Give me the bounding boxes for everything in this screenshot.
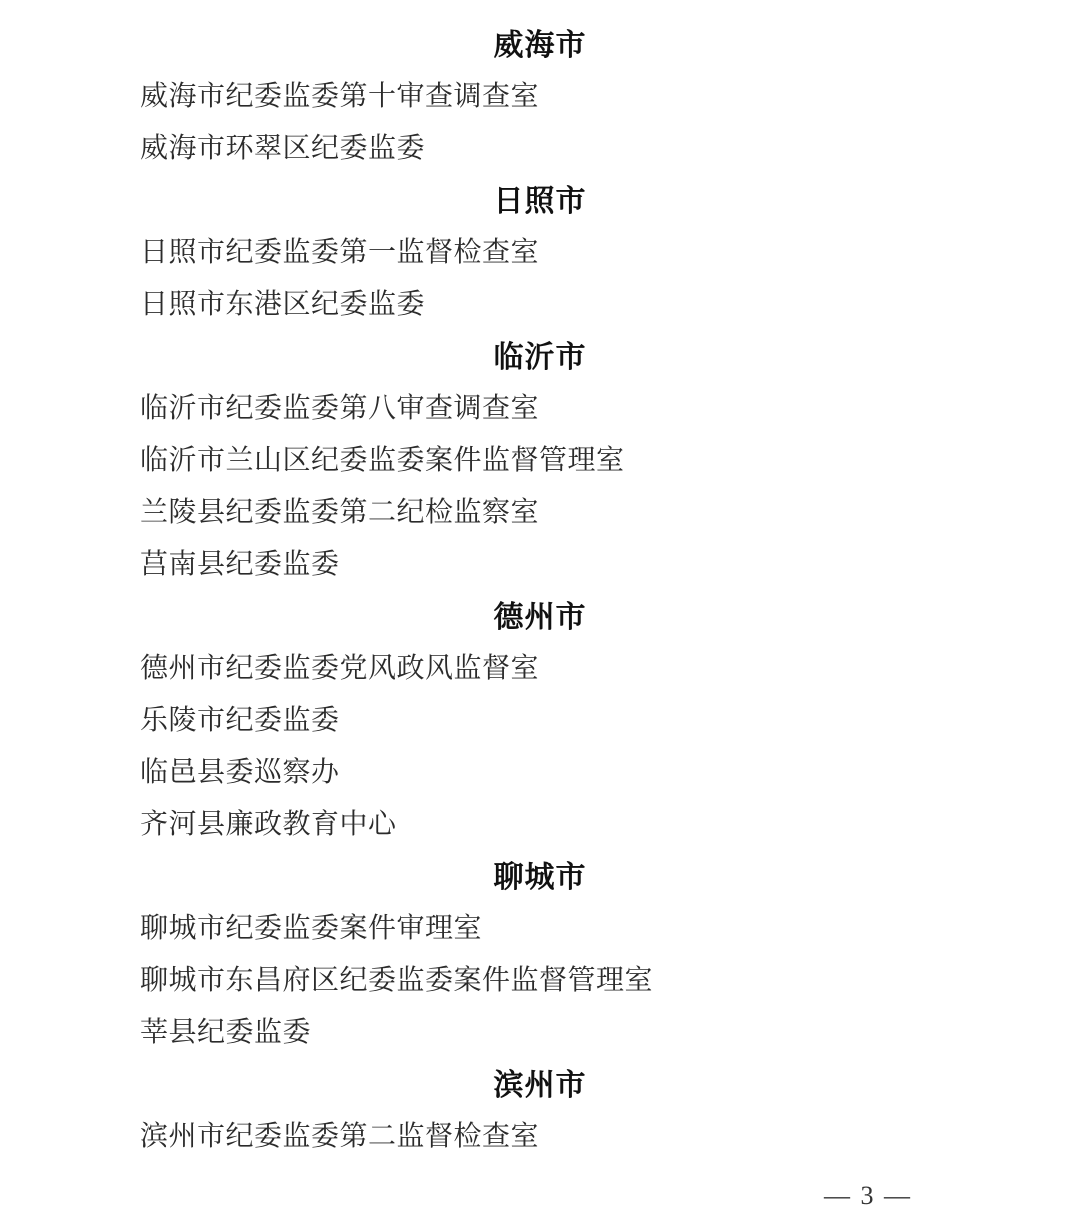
document-body: 威海市 威海市纪委监委第十审查调查室 威海市环翠区纪委监委 日照市 日照市纪委监… [0, 0, 1080, 1160]
org-list-item: 德州市纪委监委党风政风监督室 [0, 640, 1080, 692]
city-header: 滨州市 [0, 1056, 1080, 1108]
city-header: 德州市 [0, 588, 1080, 640]
org-list-item: 聊城市东昌府区纪委监委案件监督管理室 [0, 952, 1080, 1004]
document-page: 威海市 威海市纪委监委第十审查调查室 威海市环翠区纪委监委 日照市 日照市纪委监… [0, 0, 1080, 1227]
org-list-item: 威海市环翠区纪委监委 [0, 120, 1080, 172]
org-list-item: 威海市纪委监委第十审查调查室 [0, 68, 1080, 120]
org-list-item: 日照市东港区纪委监委 [0, 276, 1080, 328]
org-list-item: 乐陵市纪委监委 [0, 692, 1080, 744]
org-list-item: 临沂市兰山区纪委监委案件监督管理室 [0, 432, 1080, 484]
org-list-item: 兰陵县纪委监委第二纪检监察室 [0, 484, 1080, 536]
city-header: 威海市 [0, 16, 1080, 68]
org-list-item: 滨州市纪委监委第二监督检查室 [0, 1108, 1080, 1160]
org-list-item: 莒南县纪委监委 [0, 536, 1080, 588]
org-list-item: 临沂市纪委监委第八审查调查室 [0, 380, 1080, 432]
city-header: 临沂市 [0, 328, 1080, 380]
org-list-item: 聊城市纪委监委案件审理室 [0, 900, 1080, 952]
org-list-item: 日照市纪委监委第一监督检查室 [0, 224, 1080, 276]
city-header: 聊城市 [0, 848, 1080, 900]
org-list-item: 临邑县委巡察办 [0, 744, 1080, 796]
city-header: 日照市 [0, 172, 1080, 224]
org-list-item: 齐河县廉政教育中心 [0, 796, 1080, 848]
page-number: — 3 — [824, 1181, 912, 1211]
org-list-item: 莘县纪委监委 [0, 1004, 1080, 1056]
